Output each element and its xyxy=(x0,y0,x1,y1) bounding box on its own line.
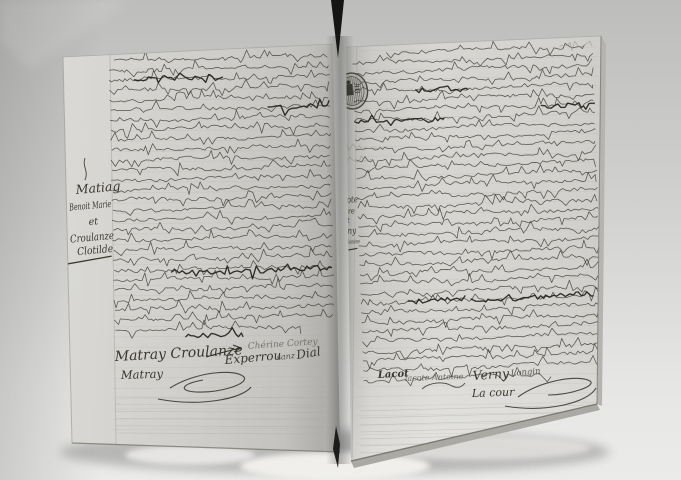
signature-matray: Matray xyxy=(120,367,164,383)
left-page: Matiag Benoit Marie et Croulanze Clotild… xyxy=(58,44,340,452)
margin-note-et: et xyxy=(88,216,99,228)
scan-canvas: Matiag Benoit Marie et Croulanze Clotild… xyxy=(0,0,681,480)
scanned-register-spread: Matiag Benoit Marie et Croulanze Clotild… xyxy=(0,0,681,480)
gutter-shadow xyxy=(326,36,354,464)
signature-verny: Verny xyxy=(472,365,510,383)
signature-lacour: La cour xyxy=(471,385,516,400)
right-page: Lacote Pière et Verny Marie Philomène La… xyxy=(327,36,606,468)
